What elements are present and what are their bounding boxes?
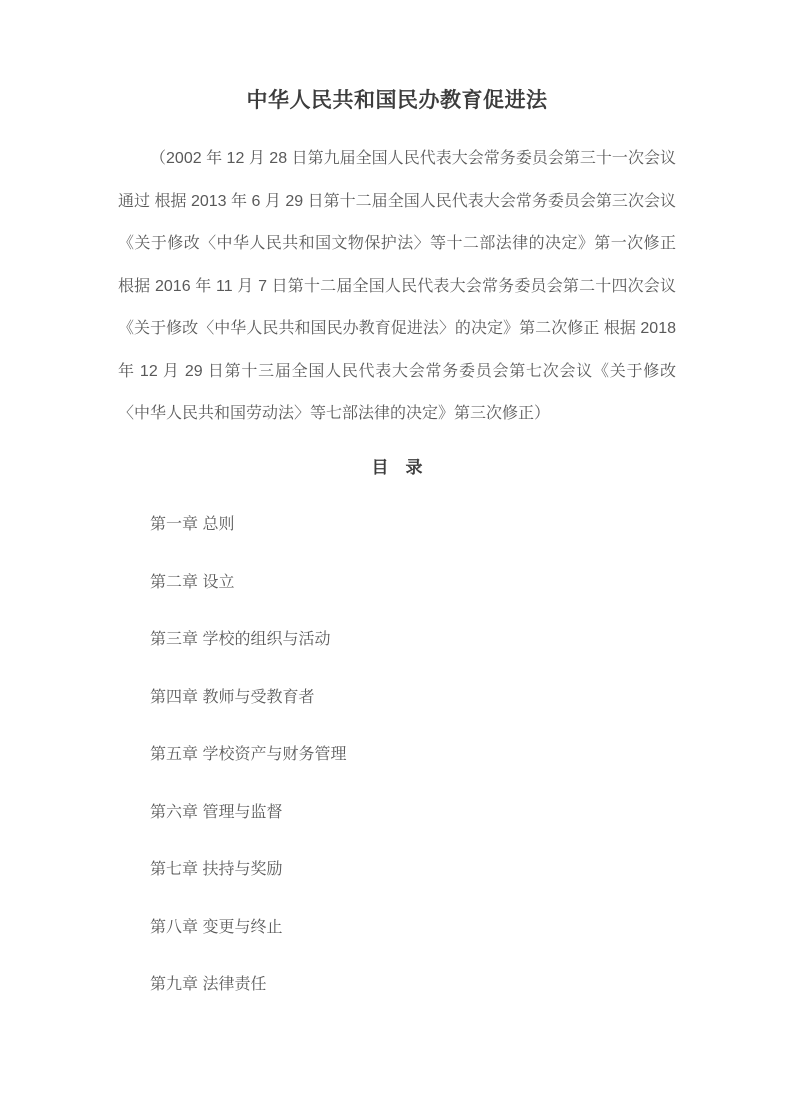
toc-heading: 目 录 xyxy=(118,450,676,486)
toc-item-chapter-1: 第一章 总则 xyxy=(118,507,676,543)
toc-item-chapter-5: 第五章 学校资产与财务管理 xyxy=(118,737,676,773)
toc-item-chapter-9: 第九章 法律责任 xyxy=(118,967,676,1003)
toc-item-chapter-4: 第四章 教师与受教育者 xyxy=(118,680,676,716)
document-page: 中华人民共和国民办教育促进法 （2002 年 12 月 28 日第九届全国人民代… xyxy=(0,0,794,1108)
toc-item-chapter-7: 第七章 扶持与奖励 xyxy=(118,852,676,888)
preamble-paragraph: （2002 年 12 月 28 日第九届全国人民代表大会常务委员会第三十一次会议… xyxy=(118,138,676,436)
document-title: 中华人民共和国民办教育促进法 xyxy=(118,0,676,116)
toc-item-chapter-2: 第二章 设立 xyxy=(118,565,676,601)
toc-item-chapter-8: 第八章 变更与终止 xyxy=(118,910,676,946)
toc-item-chapter-6: 第六章 管理与监督 xyxy=(118,795,676,831)
toc-item-chapter-3: 第三章 学校的组织与活动 xyxy=(118,622,676,658)
